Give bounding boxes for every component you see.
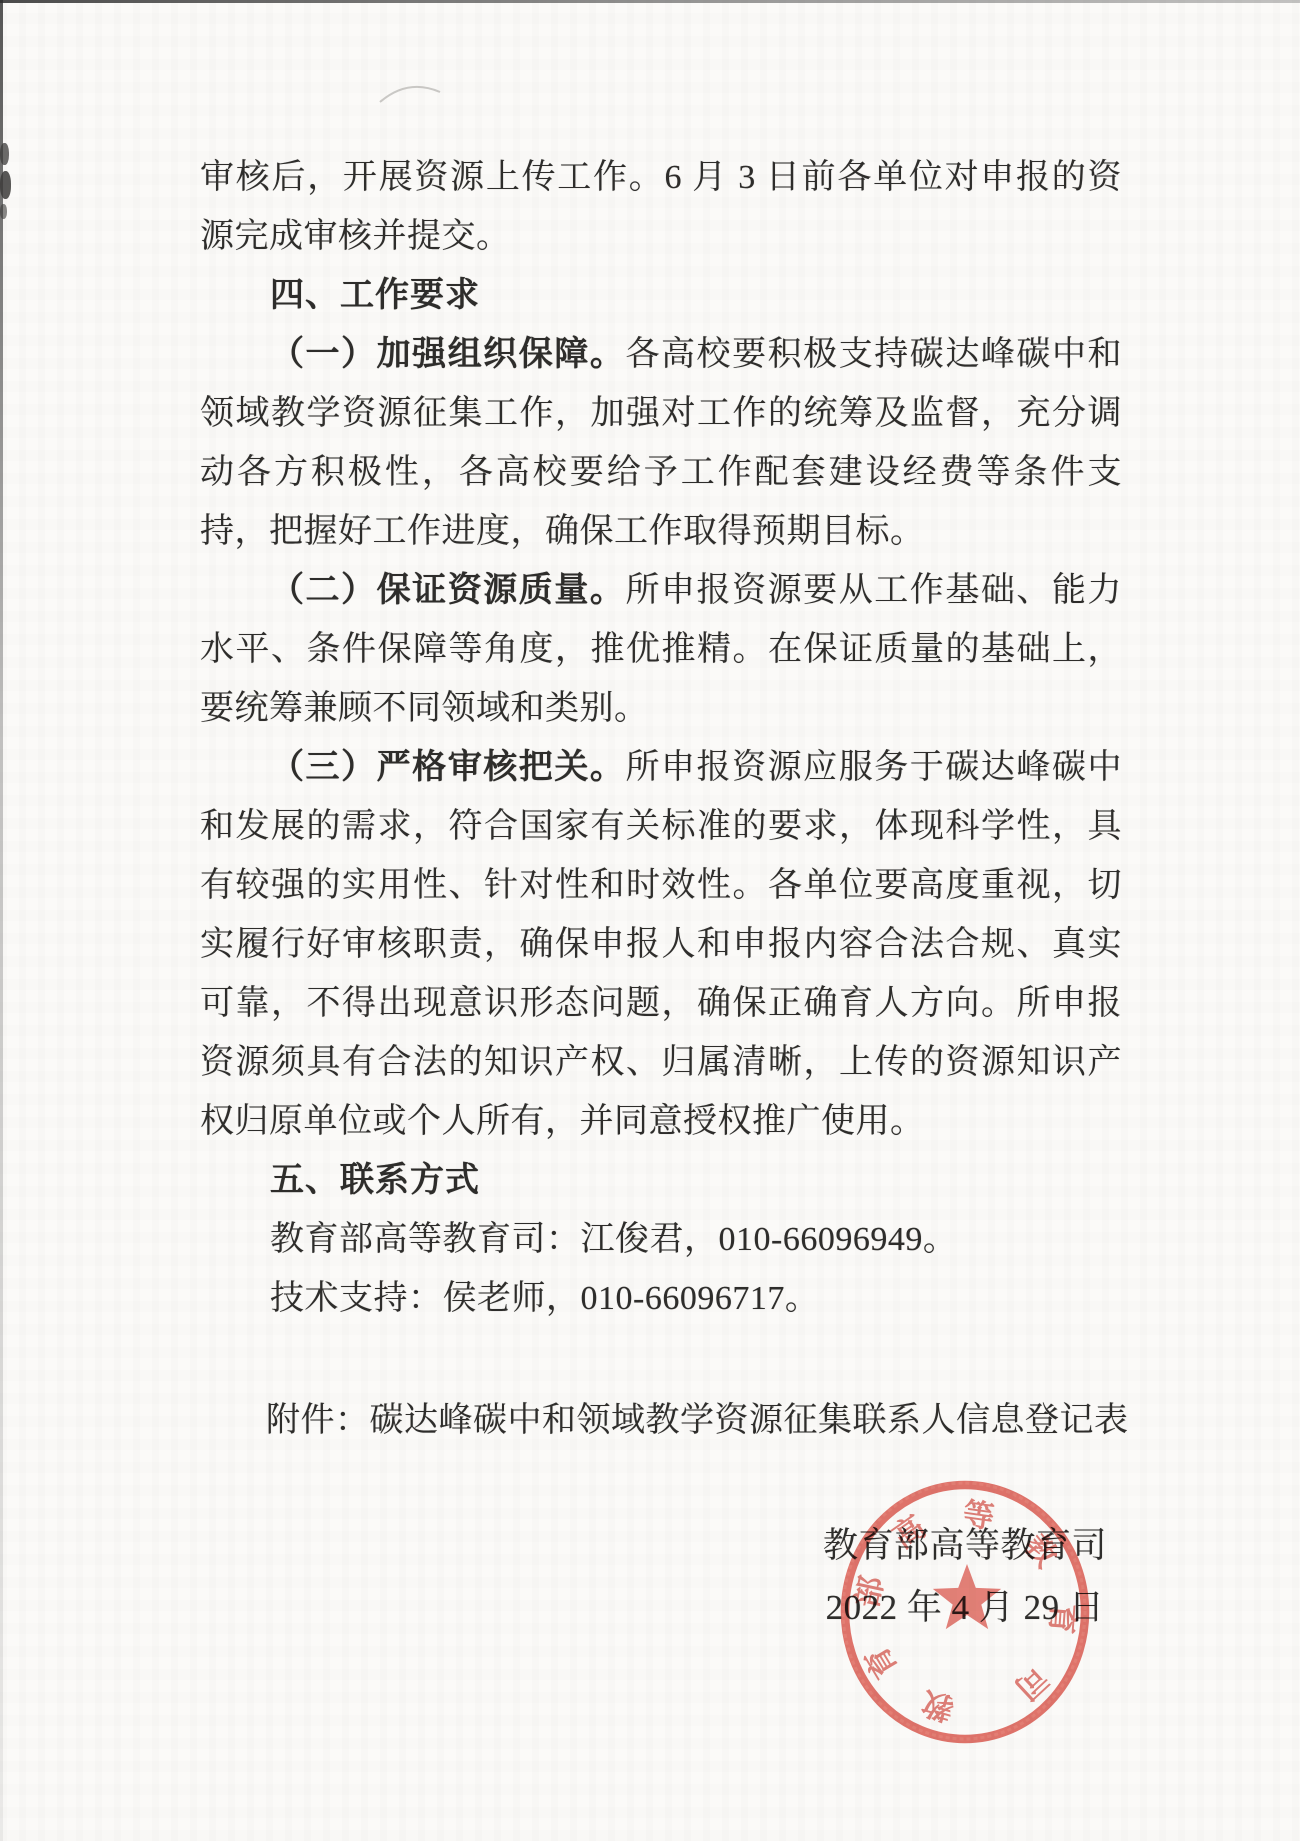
document-line: 教育部高等教育司：江俊君，010-66096949。 [200, 1210, 1122, 1269]
document-line: （二）保证资源质量。所申报资源要从工作基础、能力 [200, 561, 1122, 620]
document-line: 实履行好审核职责，确保申报人和申报内容合法合规、真实 [200, 915, 1122, 974]
document-line: 权归原单位或个人所有，并同意授权推广使用。 [200, 1092, 1122, 1151]
official-seal: 教育部高等教育司 [827, 1467, 1103, 1759]
seal-arc-char: 部 [849, 1573, 890, 1611]
document-line: 持，把握好工作进度，确保工作取得预期目标。 [200, 502, 1122, 561]
attachment-line: 附件：碳达峰碳中和领域教学资源征集联系人信息登记表 [266, 1391, 1129, 1450]
scan-smudge [0, 171, 11, 199]
document-line: 可靠，不得出现意识形态问题，确保正确育人方向。所申报 [200, 974, 1122, 1033]
document-line: 技术支持：侯老师，010-66096717。 [200, 1269, 1122, 1328]
document-body: 审核后，开展资源上传工作。6 月 3 日前各单位对申报的资源完成审核并提交。四、… [200, 148, 1122, 1328]
bold-lead-in: （一）加强组织保障。 [270, 336, 625, 373]
section-heading: 五、联系方式 [200, 1151, 1122, 1210]
pencil-mark [378, 82, 444, 108]
document-line: 要统筹兼顾不同领域和类别。 [200, 679, 1122, 738]
document-line: 领域教学资源征集工作，加强对工作的统筹及监督，充分调 [200, 384, 1122, 443]
document-line: （一）加强组织保障。各高校要积极支持碳达峰碳中和 [200, 325, 1122, 384]
document-line: （三）严格审核把关。所申报资源应服务于碳达峰碳中 [200, 738, 1122, 797]
seal-arc-char: 育 [1044, 1602, 1081, 1635]
document-line: 和发展的需求，符合国家有关标准的要求，体现科学性，具 [200, 797, 1122, 856]
seal-arc-char: 教 [917, 1684, 957, 1726]
document-line: 审核后，开展资源上传工作。6 月 3 日前各单位对申报的资 [200, 148, 1122, 207]
document-line: 有较强的实用性、针对性和时效性。各单位要高度重视，切 [200, 856, 1122, 915]
document-line: 源完成审核并提交。 [200, 207, 1122, 266]
document-line: 水平、条件保障等角度，推优推精。在保证质量的基础上， [200, 620, 1122, 679]
section-heading: 四、工作要求 [200, 266, 1122, 325]
scanned-document-page: 审核后，开展资源上传工作。6 月 3 日前各单位对申报的资源完成审核并提交。四、… [0, 0, 1300, 1841]
seal-arc-char: 高 [886, 1509, 931, 1555]
scan-edge-top [0, 0, 1300, 3]
seal-arc-char: 等 [961, 1496, 997, 1535]
bold-lead-in: （三）严格审核把关。 [270, 749, 625, 786]
scan-smudge [0, 204, 7, 219]
bold-lead-in: （二）保证资源质量。 [270, 572, 625, 609]
scan-edge-left [0, 0, 3, 1841]
scan-smudge [0, 143, 9, 165]
document-line: 动各方积极性，各高校要给予工作配套建设经费等条件支 [200, 443, 1122, 502]
document-line: 资源须具有合法的知识产权、归属清晰，上传的资源知识产 [200, 1033, 1122, 1092]
